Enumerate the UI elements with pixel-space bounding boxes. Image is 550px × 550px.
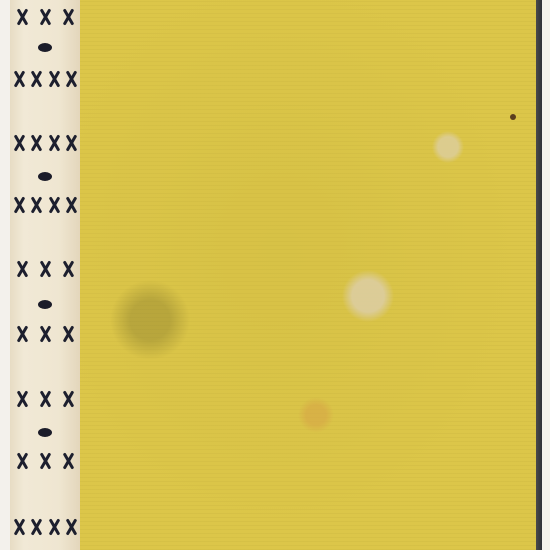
x-ornament-icon [12, 196, 26, 214]
x-ornament-icon [15, 260, 29, 278]
x-ornament-icon [47, 70, 61, 88]
spine-pattern-row [10, 134, 80, 152]
spine-pattern-row [10, 196, 80, 214]
x-ornament-icon [38, 260, 52, 278]
x-ornament-icon [15, 8, 29, 26]
x-ornament-icon [12, 518, 26, 536]
yellow-paper-cover [80, 0, 538, 550]
x-ornament-icon [38, 325, 52, 343]
x-ornament-icon [29, 518, 43, 536]
book-photo [0, 0, 550, 550]
x-ornament-icon [61, 325, 75, 343]
spine-pattern-row [10, 70, 80, 88]
spine-pattern-row [10, 325, 80, 343]
x-ornament-icon [29, 70, 43, 88]
x-ornament-icon [61, 8, 75, 26]
stain-spot [510, 114, 516, 120]
dot-ornament-icon [38, 172, 52, 181]
spine-pattern-row [10, 260, 80, 278]
x-ornament-icon [29, 134, 43, 152]
x-ornament-icon [15, 325, 29, 343]
x-ornament-icon [64, 196, 78, 214]
dot-ornament-icon [38, 428, 52, 437]
x-ornament-icon [61, 452, 75, 470]
spine-pattern-row [10, 452, 80, 470]
x-ornament-icon [38, 452, 52, 470]
spine-pattern-row [10, 8, 80, 26]
x-ornament-icon [12, 70, 26, 88]
x-ornament-icon [47, 196, 61, 214]
x-ornament-icon [47, 518, 61, 536]
dot-ornament-icon [38, 300, 52, 309]
x-ornament-icon [64, 70, 78, 88]
x-ornament-icon [64, 518, 78, 536]
book-spine [10, 0, 80, 550]
x-ornament-icon [38, 8, 52, 26]
spine-pattern-row [10, 390, 80, 408]
x-ornament-icon [15, 452, 29, 470]
cover-edge [536, 0, 542, 550]
x-ornament-icon [61, 390, 75, 408]
x-ornament-icon [61, 260, 75, 278]
dot-ornament-icon [38, 43, 52, 52]
x-ornament-icon [64, 134, 78, 152]
x-ornament-icon [38, 390, 52, 408]
x-ornament-icon [47, 134, 61, 152]
x-ornament-icon [12, 134, 26, 152]
x-ornament-icon [29, 196, 43, 214]
spine-pattern-row [10, 518, 80, 536]
x-ornament-icon [15, 390, 29, 408]
